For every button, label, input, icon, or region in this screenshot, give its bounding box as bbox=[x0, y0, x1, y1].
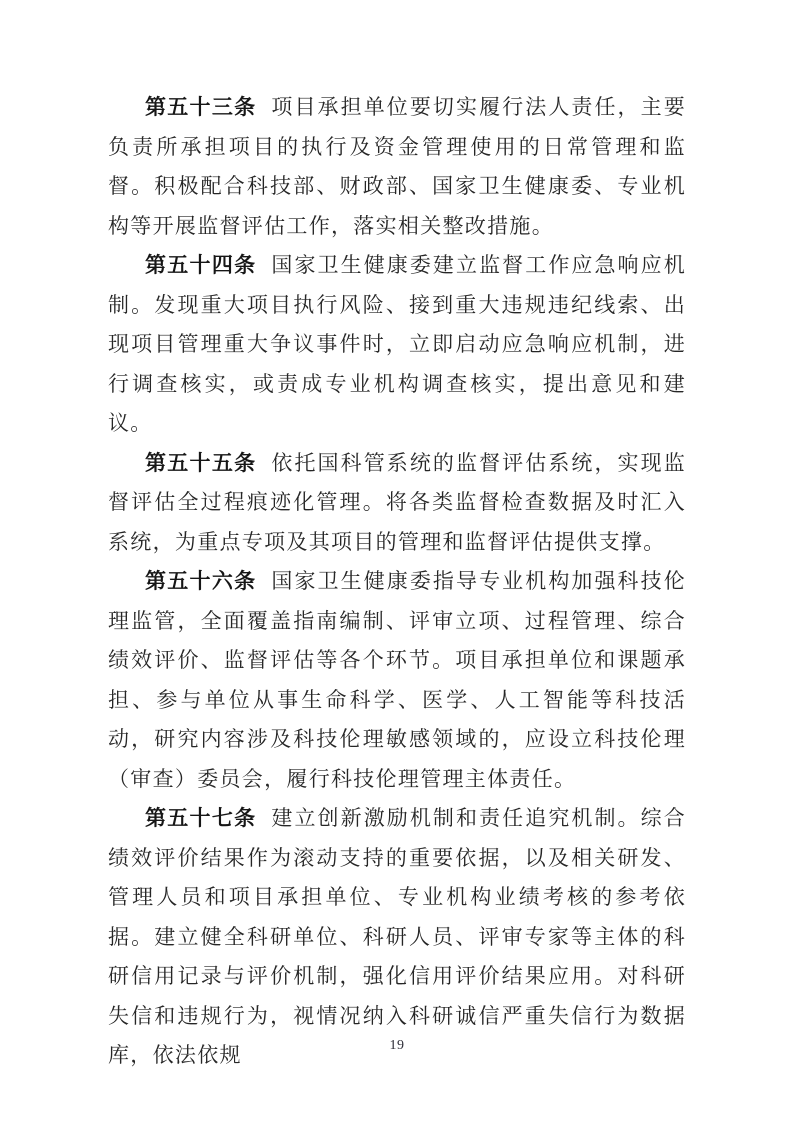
page-number: 19 bbox=[390, 1038, 405, 1053]
article-text: 国家卫生健康委建立监督工作应急响应机制。发现重大项目执行风险、接到重大违规违纪线… bbox=[108, 253, 686, 435]
article-paragraph-53: 第五十三条项目承担单位要切实履行法人责任，主要负责所承担项目的执行及资金管理使用… bbox=[108, 88, 686, 246]
article-text: 国家卫生健康委指导专业机构加强科技伦理监管，全面覆盖指南编制、评审立项、过程管理… bbox=[108, 569, 686, 791]
page-footer: 19 bbox=[0, 1036, 794, 1054]
article-number: 第五十五条 bbox=[145, 452, 256, 475]
article-paragraph-57: 第五十七条建立创新激励机制和责任追究机制。综合绩效评价结果作为滚动支持的重要依据… bbox=[108, 799, 686, 1076]
article-number: 第五十三条 bbox=[145, 96, 256, 119]
article-number: 第五十六条 bbox=[145, 570, 256, 593]
article-paragraph-55: 第五十五条依托国科管系统的监督评估系统，实现监督评估全过程痕迹化管理。将各类监督… bbox=[108, 444, 686, 563]
article-text: 建立创新激励机制和责任追究机制。综合绩效评价结果作为滚动支持的重要依据，以及相关… bbox=[108, 806, 686, 1067]
document-body: 第五十三条项目承担单位要切实履行法人责任，主要负责所承担项目的执行及资金管理使用… bbox=[108, 88, 686, 1076]
article-number: 第五十七条 bbox=[145, 807, 256, 830]
document-page: 第五十三条项目承担单位要切实履行法人责任，主要负责所承担项目的执行及资金管理使用… bbox=[0, 0, 794, 1123]
article-paragraph-54: 第五十四条国家卫生健康委建立监督工作应急响应机制。发现重大项目执行风险、接到重大… bbox=[108, 246, 686, 444]
article-paragraph-56: 第五十六条国家卫生健康委指导专业机构加强科技伦理监管，全面覆盖指南编制、评审立项… bbox=[108, 562, 686, 799]
article-number: 第五十四条 bbox=[145, 254, 256, 277]
